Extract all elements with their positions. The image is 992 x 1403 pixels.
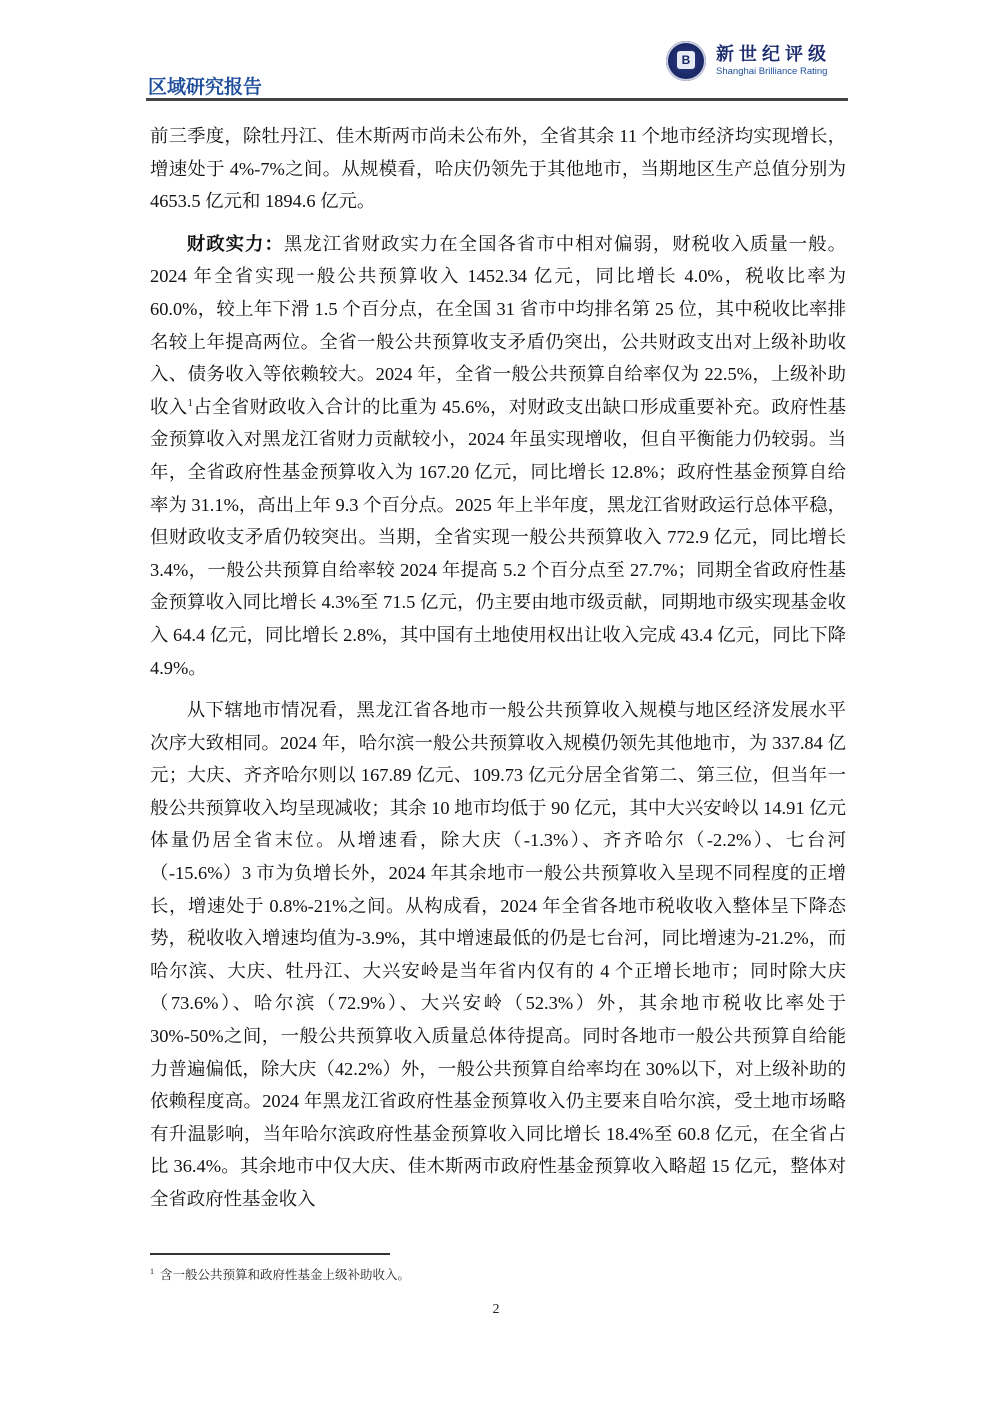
paragraph-text: 黑龙江省财政实力在全国各省市中相对偏弱，财税收入质量一般。2024 年全省实现一… <box>150 234 846 417</box>
footnote-text: 含一般公共预算和政府性基金上级补助收入。 <box>160 1268 410 1282</box>
paragraph-text-continued: 占全省财政收入合计的比重为 45.6%，对财政支出缺口形成重要补充。政府性基金预… <box>150 397 846 678</box>
paragraph-gdp-summary: 前三季度，除牡丹江、佳木斯两市尚未公布外，全省其余 11 个地市经济均实现增长，… <box>150 120 846 218</box>
footnote-divider <box>150 1253 390 1255</box>
footnote: 1含一般公共预算和政府性基金上级补助收入。 <box>150 1265 410 1283</box>
paragraph-text: 前三季度，除牡丹江、佳木斯两市尚未公布外，全省其余 11 个地市经济均实现增长，… <box>150 126 846 211</box>
logo-name-cn: 新世纪评级 <box>716 40 831 66</box>
logo-name-en: Shanghai Brilliance Rating <box>716 66 827 77</box>
logo-emblem-glyph: B <box>677 51 695 69</box>
company-logo: B 新世纪评级 Shanghai Brilliance Rating <box>666 38 848 86</box>
page-number: 2 <box>0 1302 992 1318</box>
paragraph-municipal-analysis: 从下辖地市情况看，黑龙江省各地市一般公共预算收入规模与地区经济发展水平次序大致相… <box>150 694 846 1216</box>
footnote-marker: 1 <box>150 1267 154 1276</box>
paragraph-fiscal-strength: 财政实力：黑龙江省财政实力在全国各省市中相对偏弱，财税收入质量一般。2024 年… <box>150 228 846 684</box>
paragraph-text: 从下辖地市情况看，黑龙江省各地市一般公共预算收入规模与地区经济发展水平次序大致相… <box>150 700 846 1209</box>
logo-emblem-icon: B <box>666 41 706 81</box>
paragraph-lead-heading: 财政实力： <box>187 234 284 254</box>
report-title: 区域研究报告 <box>148 72 262 99</box>
page-header: 区域研究报告 B 新世纪评级 Shanghai Brilliance Ratin… <box>146 30 848 102</box>
header-divider <box>146 98 848 101</box>
document-body: 前三季度，除牡丹江、佳木斯两市尚未公布外，全省其余 11 个地市经济均实现增长，… <box>150 120 846 1216</box>
